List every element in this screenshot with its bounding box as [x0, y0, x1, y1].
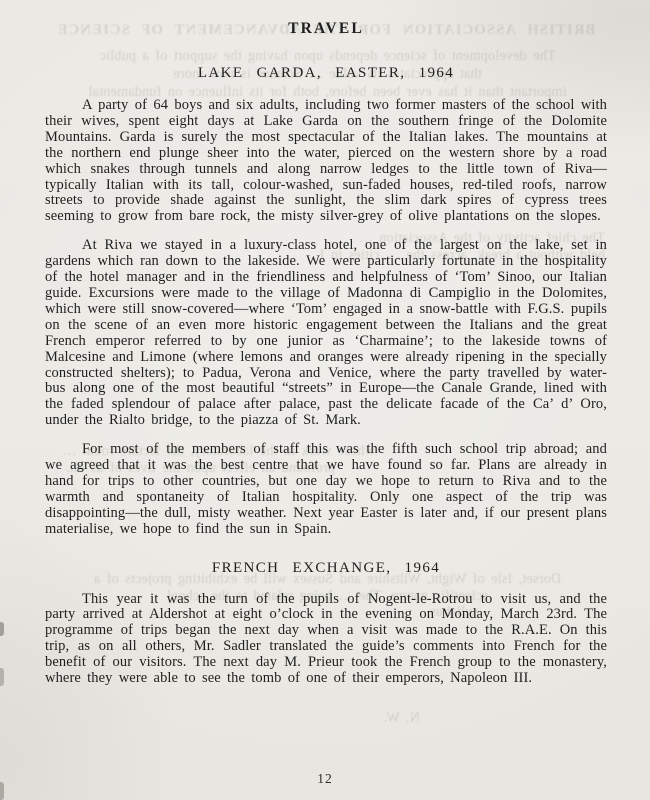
section-heading-french-exchange: FRENCH EXCHANGE, 1964 [45, 560, 607, 577]
show-through-signature: N. W. [350, 710, 420, 727]
scan-edge-artifact [0, 782, 4, 800]
scanned-magazine-page: BRITISH ASSOCIATION FOR THE ADVANCEMENT … [0, 0, 650, 800]
page-number: 12 [0, 771, 650, 787]
article-paragraph: For most of the members of staff this wa… [45, 442, 607, 537]
article-paragraph: A party of 64 boys and six adults, inclu… [45, 98, 607, 225]
article-paragraph: This year it was the turn of the pupils … [45, 592, 607, 687]
article-paragraph: At Riva we stayed in a luxury-class hote… [45, 238, 607, 429]
scan-edge-artifact [0, 622, 4, 636]
scan-edge-artifact [0, 668, 4, 686]
section-heading-lake-garda: LAKE GARDA, EASTER, 1964 [45, 65, 607, 82]
page-content: TRAVEL LAKE GARDA, EASTER, 1964 A party … [45, 20, 607, 687]
page-title: TRAVEL [45, 20, 607, 38]
